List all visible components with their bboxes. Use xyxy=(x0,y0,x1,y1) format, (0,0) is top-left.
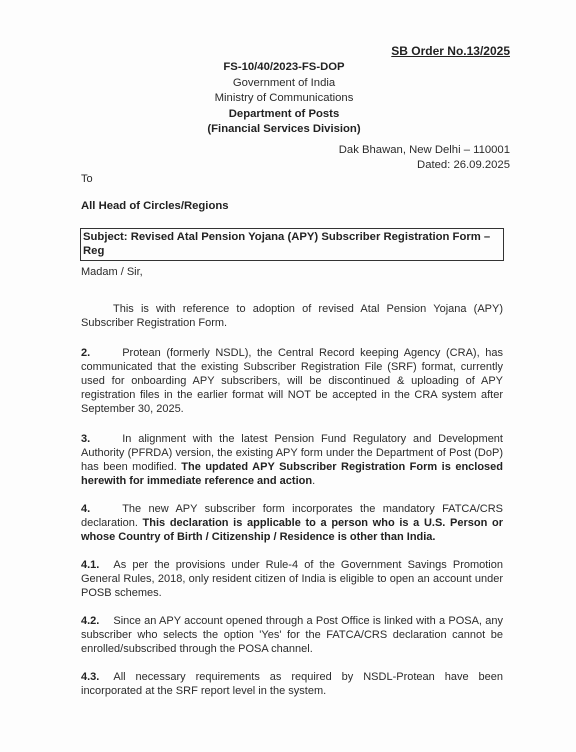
paragraph-3-end: . xyxy=(312,475,315,487)
paragraph-number: 3. xyxy=(81,433,90,445)
paragraph-3: 3.In alignment with the latest Pension F… xyxy=(81,432,503,488)
address-place: Dak Bhawan, New Delhi – 110001 xyxy=(339,143,510,158)
paragraph-4: 4.The new APY subscriber form incorporat… xyxy=(81,502,503,544)
subject-box: Subject: Revised Atal Pension Yojana (AP… xyxy=(80,228,504,261)
paragraph-number: 4.1. xyxy=(81,559,99,571)
file-number: FS-10/40/2023-FS-DOP xyxy=(0,60,572,76)
paragraph-number: 2. xyxy=(81,347,90,359)
ministry-name: Ministry of Communications xyxy=(0,91,572,107)
paragraph-2: 2.Protean (formerly NSDL), the Central R… xyxy=(81,346,503,416)
paragraph-1-text: This is with reference to adoption of re… xyxy=(81,303,503,329)
letter-date: Dated: 26.09.2025 xyxy=(339,158,510,173)
recipient: All Head of Circles/Regions xyxy=(81,200,229,212)
paragraph-4-3-text: All necessary requirements as required b… xyxy=(81,671,503,697)
paragraph-number: 4. xyxy=(81,503,90,515)
address-block: Dak Bhawan, New Delhi – 110001 Dated: 26… xyxy=(339,143,510,173)
paragraph-1: This is with reference to adoption of re… xyxy=(81,302,503,330)
government-name: Government of India xyxy=(0,76,572,92)
paragraph-4-emphasis: This declaration is applicable to a pers… xyxy=(81,517,503,543)
paragraph-4-1: 4.1.As per the provisions under Rule-4 o… xyxy=(81,558,503,600)
paragraph-2-text: Protean (formerly NSDL), the Central Rec… xyxy=(81,347,503,415)
to-label: To xyxy=(81,173,93,185)
document-page: SB Order No.13/2025 FS-10/40/2023-FS-DOP… xyxy=(0,0,576,752)
paragraph-number: 4.3. xyxy=(81,671,99,683)
paragraph-4-3: 4.3.All necessary requirements as requir… xyxy=(81,670,503,698)
salutation: Madam / Sir, xyxy=(81,266,143,278)
paragraph-4-2: 4.2.Since an APY account opened through … xyxy=(81,614,503,656)
paragraph-4-2-text: Since an APY account opened through a Po… xyxy=(81,615,503,655)
department-name: Department of Posts xyxy=(0,107,572,123)
order-number: SB Order No.13/2025 xyxy=(391,44,510,58)
paragraph-4-1-text: As per the provisions under Rule-4 of th… xyxy=(81,559,503,599)
division-name: (Financial Services Division) xyxy=(0,122,572,138)
paragraph-number: 4.2. xyxy=(81,615,99,627)
letter-header: FS-10/40/2023-FS-DOP Government of India… xyxy=(0,60,576,138)
